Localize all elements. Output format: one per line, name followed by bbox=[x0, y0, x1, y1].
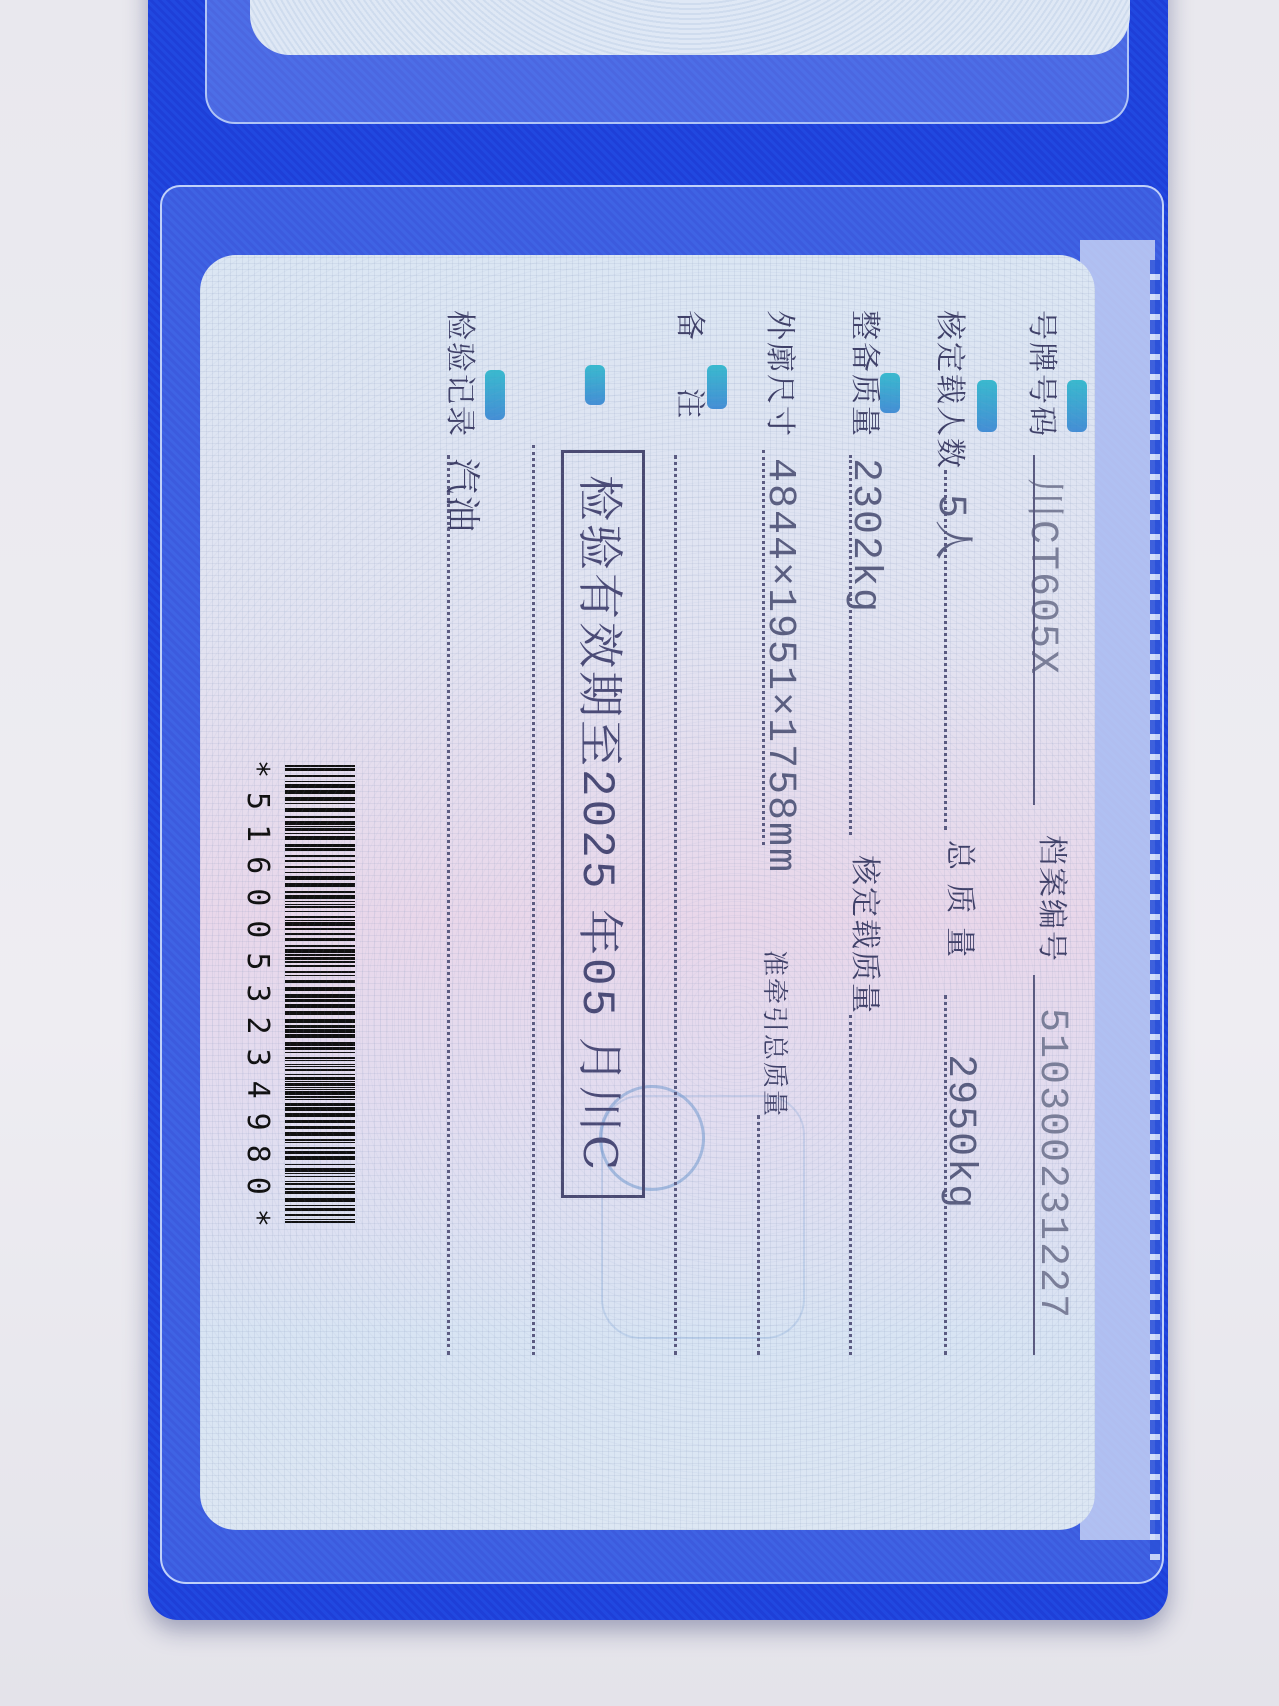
barcode-bar bbox=[285, 821, 355, 825]
barcode-bar bbox=[285, 1096, 355, 1098]
stamp-month-suffix: 月 bbox=[573, 1019, 627, 1086]
dimensions-label: 外廓尺寸 bbox=[761, 310, 805, 438]
plate-number-label: 号牌号码 bbox=[1023, 310, 1067, 438]
barcode-bar bbox=[285, 938, 355, 941]
security-mark bbox=[1067, 380, 1087, 432]
barcode-bar bbox=[285, 1219, 355, 1220]
barcode-bar bbox=[285, 1087, 355, 1088]
barcode-bar bbox=[285, 1214, 355, 1216]
barcode-bar bbox=[285, 1191, 355, 1194]
barcode-bar bbox=[285, 1057, 355, 1059]
approved-load-dots bbox=[849, 1015, 852, 1355]
inspection-record-dots bbox=[447, 455, 450, 1355]
security-mark bbox=[880, 373, 900, 413]
barcode-bar bbox=[285, 895, 355, 899]
total-mass-dots bbox=[944, 995, 947, 1355]
barcode-bar bbox=[285, 1081, 355, 1082]
card-content: 号牌号码 川CT605X 档案编号 510300231227 核定载人数 5人 … bbox=[200, 255, 1095, 1530]
barcode-bar bbox=[285, 781, 355, 782]
barcode-bar bbox=[285, 1052, 355, 1053]
barcode-bar bbox=[285, 872, 355, 873]
passengers-dots bbox=[944, 470, 947, 830]
barcode-bar bbox=[285, 826, 355, 827]
stamp-year-suffix: 年 bbox=[573, 891, 627, 958]
barcode-bar bbox=[285, 1205, 355, 1206]
barcode-bar bbox=[285, 775, 355, 777]
barcode-bar bbox=[285, 1004, 355, 1008]
inspection-record-label: 检验记录 bbox=[441, 310, 485, 438]
row-approved-load: 核定载质量 bbox=[846, 855, 890, 1015]
approved-load-label: 核定载质量 bbox=[846, 855, 890, 1015]
barcode-bar bbox=[285, 768, 355, 771]
barcode-bar bbox=[285, 1139, 355, 1141]
barcode-bar bbox=[285, 1156, 355, 1160]
barcode-bar bbox=[285, 1151, 355, 1154]
barcode-bar bbox=[285, 975, 355, 976]
total-mass-label: 总 质 量 bbox=[941, 840, 985, 959]
barcode-bar bbox=[285, 1126, 355, 1129]
barcode-bar bbox=[285, 1176, 355, 1177]
barcode-bar bbox=[285, 961, 355, 963]
barcode-bar bbox=[285, 1029, 355, 1033]
stamp-month: 05 bbox=[570, 958, 622, 1019]
barcode-bar bbox=[285, 1025, 355, 1028]
plate-underline bbox=[1033, 455, 1035, 805]
barcode-bar bbox=[285, 1142, 355, 1143]
top-card: B bbox=[250, 0, 1130, 55]
barcode-bar bbox=[285, 833, 355, 834]
barcode-bar bbox=[285, 844, 355, 847]
barcode-number: *5160053234980* bbox=[240, 760, 275, 1241]
security-mark bbox=[977, 380, 997, 432]
dimensions-dots bbox=[762, 450, 765, 845]
barcode-bar bbox=[285, 765, 355, 767]
barcode-bar bbox=[285, 1083, 355, 1086]
security-mark bbox=[707, 365, 727, 409]
barcode-bar bbox=[285, 999, 355, 1002]
barcode-bar bbox=[285, 1173, 355, 1174]
barcode-bar bbox=[285, 1113, 355, 1117]
archive-number-label: 档案编号 bbox=[1033, 835, 1077, 963]
towing-mass-dots bbox=[757, 1115, 760, 1355]
barcode-bar bbox=[285, 1103, 355, 1106]
barcode-bar bbox=[285, 891, 355, 893]
barcode-bar bbox=[285, 1147, 355, 1149]
barcode-bar bbox=[285, 1060, 355, 1061]
barcode-bar bbox=[285, 920, 355, 921]
barcode-bar bbox=[285, 965, 355, 967]
barcode-bar bbox=[285, 994, 355, 998]
row-towing-mass: 准牵引总质量 bbox=[758, 950, 795, 1118]
barcode-bar bbox=[285, 1183, 355, 1185]
stamp-dots bbox=[532, 445, 535, 1355]
barcode-bar bbox=[285, 1042, 355, 1046]
vehicle-license-card: 号牌号码 川CT605X 档案编号 510300231227 核定载人数 5人 … bbox=[200, 255, 1095, 1530]
barcode-bar bbox=[285, 1181, 355, 1182]
archive-underline bbox=[1033, 975, 1035, 1355]
barcode-bar bbox=[285, 1132, 355, 1136]
row-archive: 档案编号 510300231227 bbox=[1029, 835, 1077, 1320]
barcode-bar bbox=[285, 945, 355, 947]
barcode-bar bbox=[285, 1011, 355, 1015]
barcode-bar bbox=[285, 1064, 355, 1065]
towing-mass-label: 准牵引总质量 bbox=[758, 950, 795, 1118]
barcode-bar bbox=[285, 797, 355, 801]
barcode-bar bbox=[285, 980, 355, 983]
security-mark bbox=[585, 365, 605, 405]
barcode-bar bbox=[285, 987, 355, 991]
barcode-bar bbox=[285, 1208, 355, 1211]
barcode-bar bbox=[285, 1069, 355, 1071]
barcode-bar bbox=[285, 828, 355, 831]
barcode-bar bbox=[285, 876, 355, 880]
barcode-bar bbox=[285, 1074, 355, 1075]
remarks-dots bbox=[674, 455, 677, 1355]
row-plate: 号牌号码 川CT605X bbox=[1019, 310, 1077, 676]
barcode bbox=[285, 765, 355, 1227]
plate-number-value: 川CT605X bbox=[1019, 478, 1077, 676]
barcode-bar bbox=[285, 866, 355, 868]
barcode-bar bbox=[285, 790, 355, 794]
barcode-bar bbox=[285, 1168, 355, 1172]
barcode-bar bbox=[285, 803, 355, 804]
barcode-bar bbox=[285, 971, 355, 973]
barcode-bar bbox=[285, 904, 355, 905]
passengers-label: 核定载人数 bbox=[931, 310, 975, 470]
barcode-bar bbox=[285, 1188, 355, 1190]
barcode-bar bbox=[285, 901, 355, 902]
barcode-bar bbox=[285, 1099, 355, 1100]
row-passengers: 核定载人数 5人 bbox=[927, 310, 985, 562]
barcode-bar bbox=[285, 808, 355, 812]
barcode-bar bbox=[285, 1107, 355, 1111]
barcode-bar bbox=[285, 928, 355, 930]
curb-weight-dots bbox=[849, 455, 852, 835]
barcode-bar bbox=[285, 1066, 355, 1067]
barcode-bar bbox=[285, 1077, 355, 1080]
inspection-validity-stamp: 检验有效期至2025 年05 月川C bbox=[561, 450, 645, 1198]
barcode-bar bbox=[285, 1164, 355, 1165]
barcode-bar bbox=[285, 911, 355, 912]
barcode-bar bbox=[285, 916, 355, 918]
passengers-value: 5人 bbox=[927, 494, 985, 562]
sleeve-stitch bbox=[1150, 260, 1160, 1560]
barcode-bar bbox=[285, 784, 355, 788]
barcode-bar bbox=[285, 1034, 355, 1038]
barcode-bar bbox=[285, 883, 355, 887]
archive-number-value: 510300231227 bbox=[1029, 1008, 1074, 1320]
barcode-bar bbox=[285, 848, 355, 851]
barcode-bar bbox=[285, 1047, 355, 1050]
barcode-bar bbox=[285, 949, 355, 953]
barcode-bar bbox=[285, 1198, 355, 1202]
barcode-bar bbox=[285, 855, 355, 857]
stamp-prefix: 检验有效期至 bbox=[573, 475, 627, 769]
barcode-bar bbox=[285, 906, 355, 908]
barcode-bar bbox=[285, 922, 355, 926]
barcode-bar bbox=[285, 836, 355, 840]
barcode-bar bbox=[285, 1089, 355, 1090]
barcode-bar bbox=[285, 1120, 355, 1123]
barcode-bar bbox=[285, 954, 355, 956]
barcode-bar bbox=[285, 816, 355, 818]
stamp-year: 2025 bbox=[570, 769, 622, 891]
barcode-bar bbox=[285, 957, 355, 960]
barcode-bar bbox=[285, 1019, 355, 1023]
barcode-bar bbox=[285, 1221, 355, 1223]
stamp-region: 川C bbox=[573, 1086, 627, 1173]
barcode-bar bbox=[285, 860, 355, 862]
barcode-bar bbox=[285, 933, 355, 935]
security-mark bbox=[485, 370, 505, 420]
barcode-bar bbox=[285, 1091, 355, 1095]
